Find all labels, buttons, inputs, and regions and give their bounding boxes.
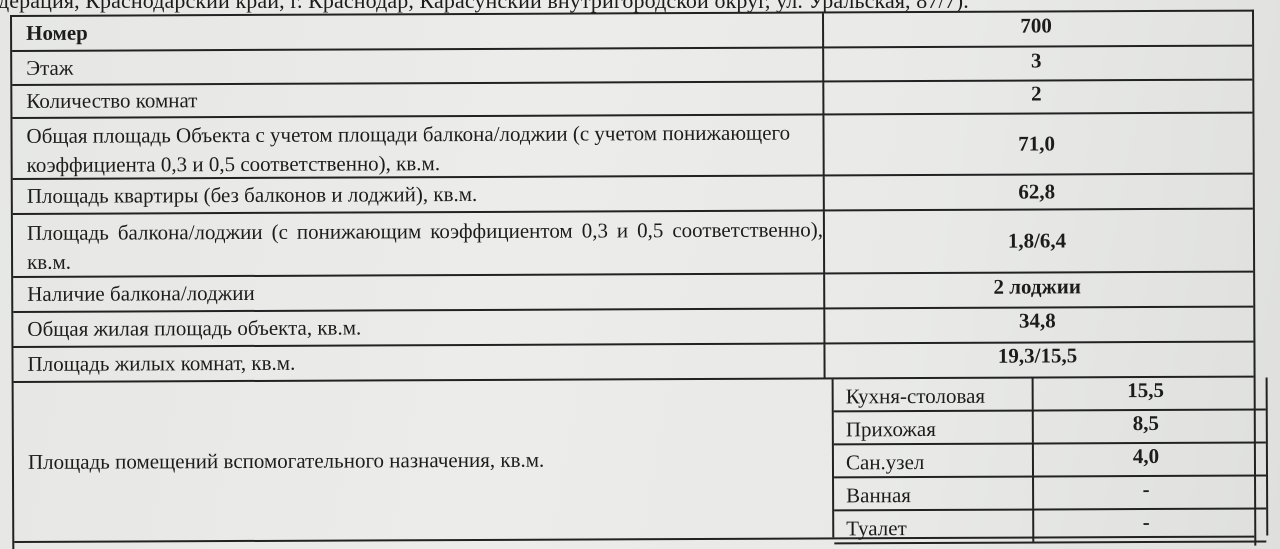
table-row: Количество комнат 2 <box>12 81 1252 119</box>
apartment-specs-table: Номер 700 Этаж 3 Количество комнат 2 Общ… <box>10 10 1256 549</box>
table-row: Наличие балкона/лоджии 2 лоджии <box>13 273 1253 313</box>
row-value: 1,8/6,4 <box>827 210 1253 273</box>
row-value: 700 <box>826 12 1252 47</box>
room-area: 4,0 <box>1036 444 1266 476</box>
row-value: 34,8 <box>827 308 1253 343</box>
row-label: Площадь жилых комнат, кв.м. <box>13 344 825 381</box>
row-label: Наличие балкона/лоджии <box>13 274 825 311</box>
row-value: 2 лоджии <box>827 273 1253 308</box>
room-name: Ванная <box>834 478 1034 510</box>
room-name: Сан.узел <box>834 445 1034 477</box>
subtable-row: Туалет - <box>834 510 1266 545</box>
row-label: Общая жилая площадь объекта, кв.м. <box>13 309 825 346</box>
table-row: Площадь квартиры (без балконов и лоджий)… <box>13 175 1253 215</box>
room-name: Кухня-столовая <box>834 379 1034 411</box>
subtable-row: Прихожая 8,5 <box>834 411 1266 446</box>
row-label: Количество комнат <box>12 82 824 117</box>
table-row: Общая жилая площадь объекта, кв.м. 34,8 <box>13 308 1253 348</box>
auxiliary-area-row: Площадь помещений вспомогательного назна… <box>14 378 1255 543</box>
subtable-row: Сан.узел 4,0 <box>834 444 1266 479</box>
row-label: Площадь балкона/лоджии (с понижающим коэ… <box>13 211 825 276</box>
row-label: Площадь квартиры (без балконов и лоджий)… <box>13 176 825 213</box>
table-row: Номер 700 <box>12 12 1252 52</box>
room-name: Прихожая <box>834 412 1034 444</box>
room-name: Туалет <box>834 511 1034 543</box>
row-label: Площадь помещений вспомогательного назна… <box>14 379 827 541</box>
row-value: 62,8 <box>827 175 1253 210</box>
subtable-row: Кухня-столовая 15,5 <box>834 378 1266 413</box>
row-label: Номер <box>12 13 824 50</box>
row-value: 19,3/15,5 <box>827 343 1253 378</box>
row-label: Общая площадь Объекта с учетом площади б… <box>12 115 824 178</box>
row-value: 3 <box>826 47 1252 81</box>
room-area: - <box>1036 510 1266 542</box>
row-value: 2 <box>826 81 1252 114</box>
subtable-row: Ванная - <box>834 477 1266 512</box>
table-row: Общая площадь Объекта с учетом площади б… <box>12 114 1252 180</box>
table-row: Площадь балкона/лоджии (с понижающим коэ… <box>13 210 1253 278</box>
auxiliary-subtable: Кухня-столовая 15,5 Прихожая 8,5 Сан.узе… <box>832 378 1269 538</box>
table-row: Площадь жилых комнат, кв.м. 19,3/15,5 <box>13 343 1253 383</box>
room-area: 8,5 <box>1036 411 1266 443</box>
room-area: - <box>1036 477 1266 509</box>
room-area: 15,5 <box>1036 378 1266 410</box>
row-label: Этаж <box>12 48 824 84</box>
table-row: Этаж 3 <box>12 47 1252 86</box>
row-value: 71,0 <box>826 114 1252 175</box>
